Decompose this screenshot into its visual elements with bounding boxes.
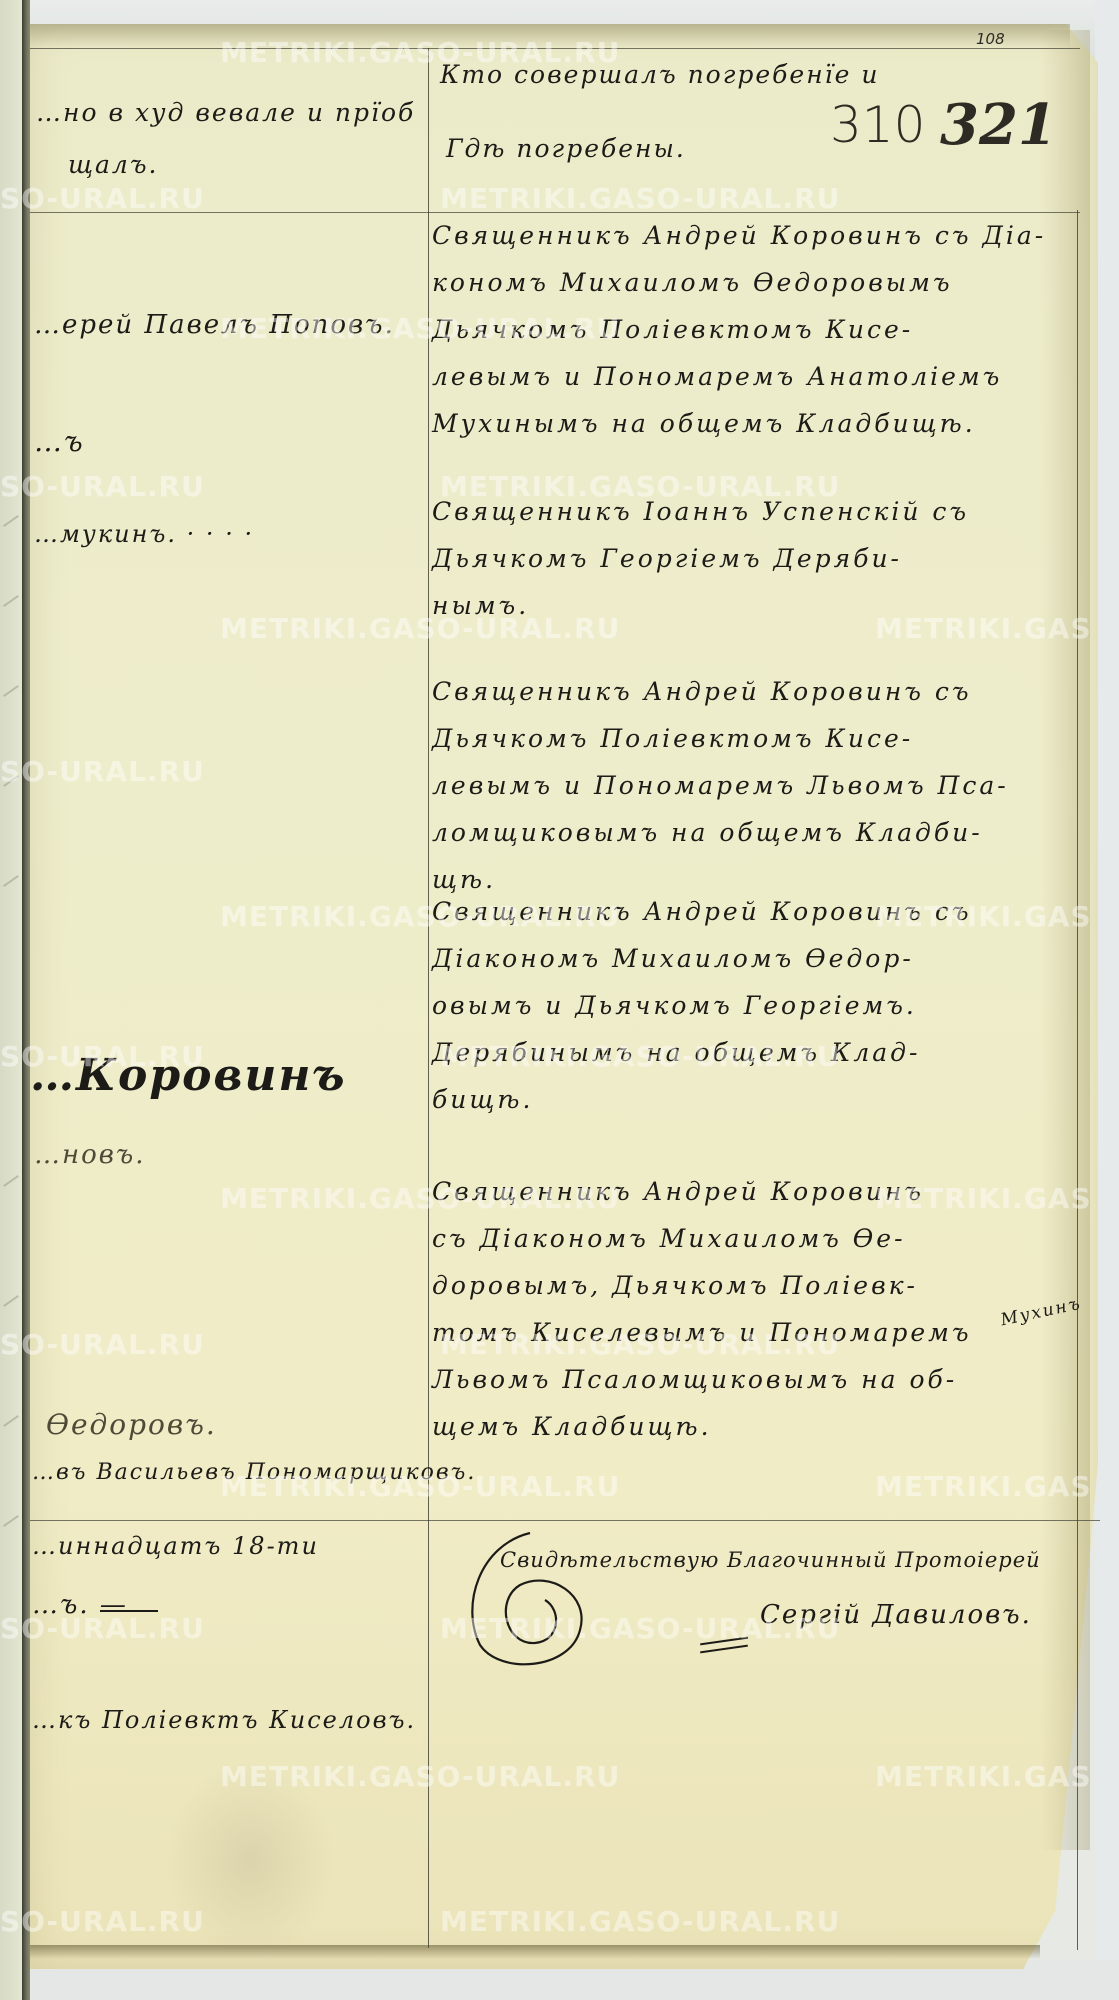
header-left-line2: щалъ. [68,150,158,179]
entries-bottom-rule [30,1520,1100,1521]
certification-signature: Сергій Давиловъ. [760,1600,1032,1630]
left-cell-psalomshchikov: …въ Васильевъ Пономарщиковъ. [32,1460,476,1485]
previous-page-edge [0,0,22,2000]
entry-line: Священникъ Андрей Коровинъ съ [432,668,1082,715]
entry-line: нымъ. [432,582,1082,629]
header-left-line1: …но в худ вевале и прїоб [36,98,415,127]
folio-pencil-number: 310 [830,96,925,154]
entry-line: томъ Киселевымъ и Пономаремъ [432,1309,1082,1356]
ink-blot-bleedthrough [165,1760,335,1960]
left-cell-fragment-novъ: …новъ. [34,1140,146,1170]
left-cell-signature-korovin: …Коровинъ [30,1050,346,1101]
entry-line: Дьячкомъ Георгіемъ Деряби- [432,535,1082,582]
folio-ink-number: 321 [940,92,1057,158]
folio-stamp-small: 108 [976,30,1005,48]
margin-scribble [3,775,19,787]
paper-stain-top [30,24,1070,48]
margin-scribble [3,1515,19,1527]
entry-line: Львомъ Псаломщиковымъ на об- [432,1356,1082,1403]
entry-line: щемъ Кладбищѣ. [432,1403,1082,1450]
dash-mark [100,1610,158,1612]
margin-scribble [3,685,19,697]
left-cell-fragment-mukin: …мукинъ. · · · · [34,520,254,548]
scan-background-right [1095,0,1119,2000]
burial-entry-1: Священникъ Андрей Коровинъ съ Діа- коном… [432,212,1082,447]
entry-line: Дьячкомъ Поліевктомъ Кисе- [432,306,1082,353]
entry-line: Священникъ Андрей Коровинъ [432,1168,1082,1215]
burial-entry-3: Священникъ Андрей Коровинъ съ Дьячкомъ П… [432,668,1082,903]
left-cell-date-fragment: …иннадцатъ 18-ти [32,1532,319,1560]
entry-line: ломщиковымъ на общемъ Кладби- [432,809,1082,856]
margin-scribble [3,875,19,887]
paper-stain-bottom-edge [30,1945,1040,1959]
entry-line: левымъ и Пономаремъ Анатоліемъ [432,353,1082,400]
entry-line: Священникъ Андрей Коровинъ съ Діа- [432,212,1082,259]
margin-scribble [3,1295,19,1307]
left-cell-kiselov: …къ Поліевктъ Киселовъ. [32,1706,416,1734]
margin-scribble [3,515,19,527]
margin-scribble [3,595,19,607]
left-cell-fragment-dash: …ъ. — [32,1590,128,1620]
entry-line: доровымъ, Дьячкомъ Поліевк- [432,1262,1082,1309]
entry-line: бищѣ. [432,1076,1082,1123]
entry-line: Дерябинымъ на общемъ Клад- [432,1029,1082,1076]
table-top-rule [30,48,1080,49]
entry-line: овымъ и Дьячкомъ Георгіемъ. [432,982,1082,1029]
burial-entry-4: Священникъ Андрей Коровинъ съ Діакономъ … [432,888,1082,1123]
burial-entry-5: Священникъ Андрей Коровинъ съ Діакономъ … [432,1168,1082,1450]
certification-line1: Свидѣтельствую Благочинный Протоіерей [500,1548,1041,1572]
entry-line: Священникъ Андрей Коровинъ съ [432,888,1082,935]
header-right-line1: Кто совершалъ погребенїе и [440,60,880,89]
entry-line: Мухинымъ на общемъ Кладбищѣ. [432,400,1082,447]
column-divider [428,48,429,1948]
entry-line: Дьячкомъ Поліевктомъ Кисе- [432,715,1082,762]
entry-line: съ Діакономъ Михаиломъ Ѳе- [432,1215,1082,1262]
left-cell-fedorov: Ѳедоровъ. [46,1408,217,1441]
margin-scribble [3,1415,19,1427]
left-cell-fragment: …ъ [34,425,85,458]
header-right-line2: Гдѣ погребены. [446,134,686,163]
margin-scribble [3,1175,19,1187]
book-binding-gutter [22,0,30,2000]
entry-line: кономъ Михаиломъ Ѳедоровымъ [432,259,1082,306]
entry-line: Діакономъ Михаиломъ Ѳедор- [432,935,1082,982]
burial-entry-2: Священникъ Іоаннъ Успенскій съ Дьячкомъ … [432,488,1082,629]
entry-line: левымъ и Пономаремъ Львомъ Пса- [432,762,1082,809]
entry-line: Священникъ Іоаннъ Успенскій съ [432,488,1082,535]
left-cell-officiant-popov: …ерей Павелъ Поповъ. [34,310,395,340]
